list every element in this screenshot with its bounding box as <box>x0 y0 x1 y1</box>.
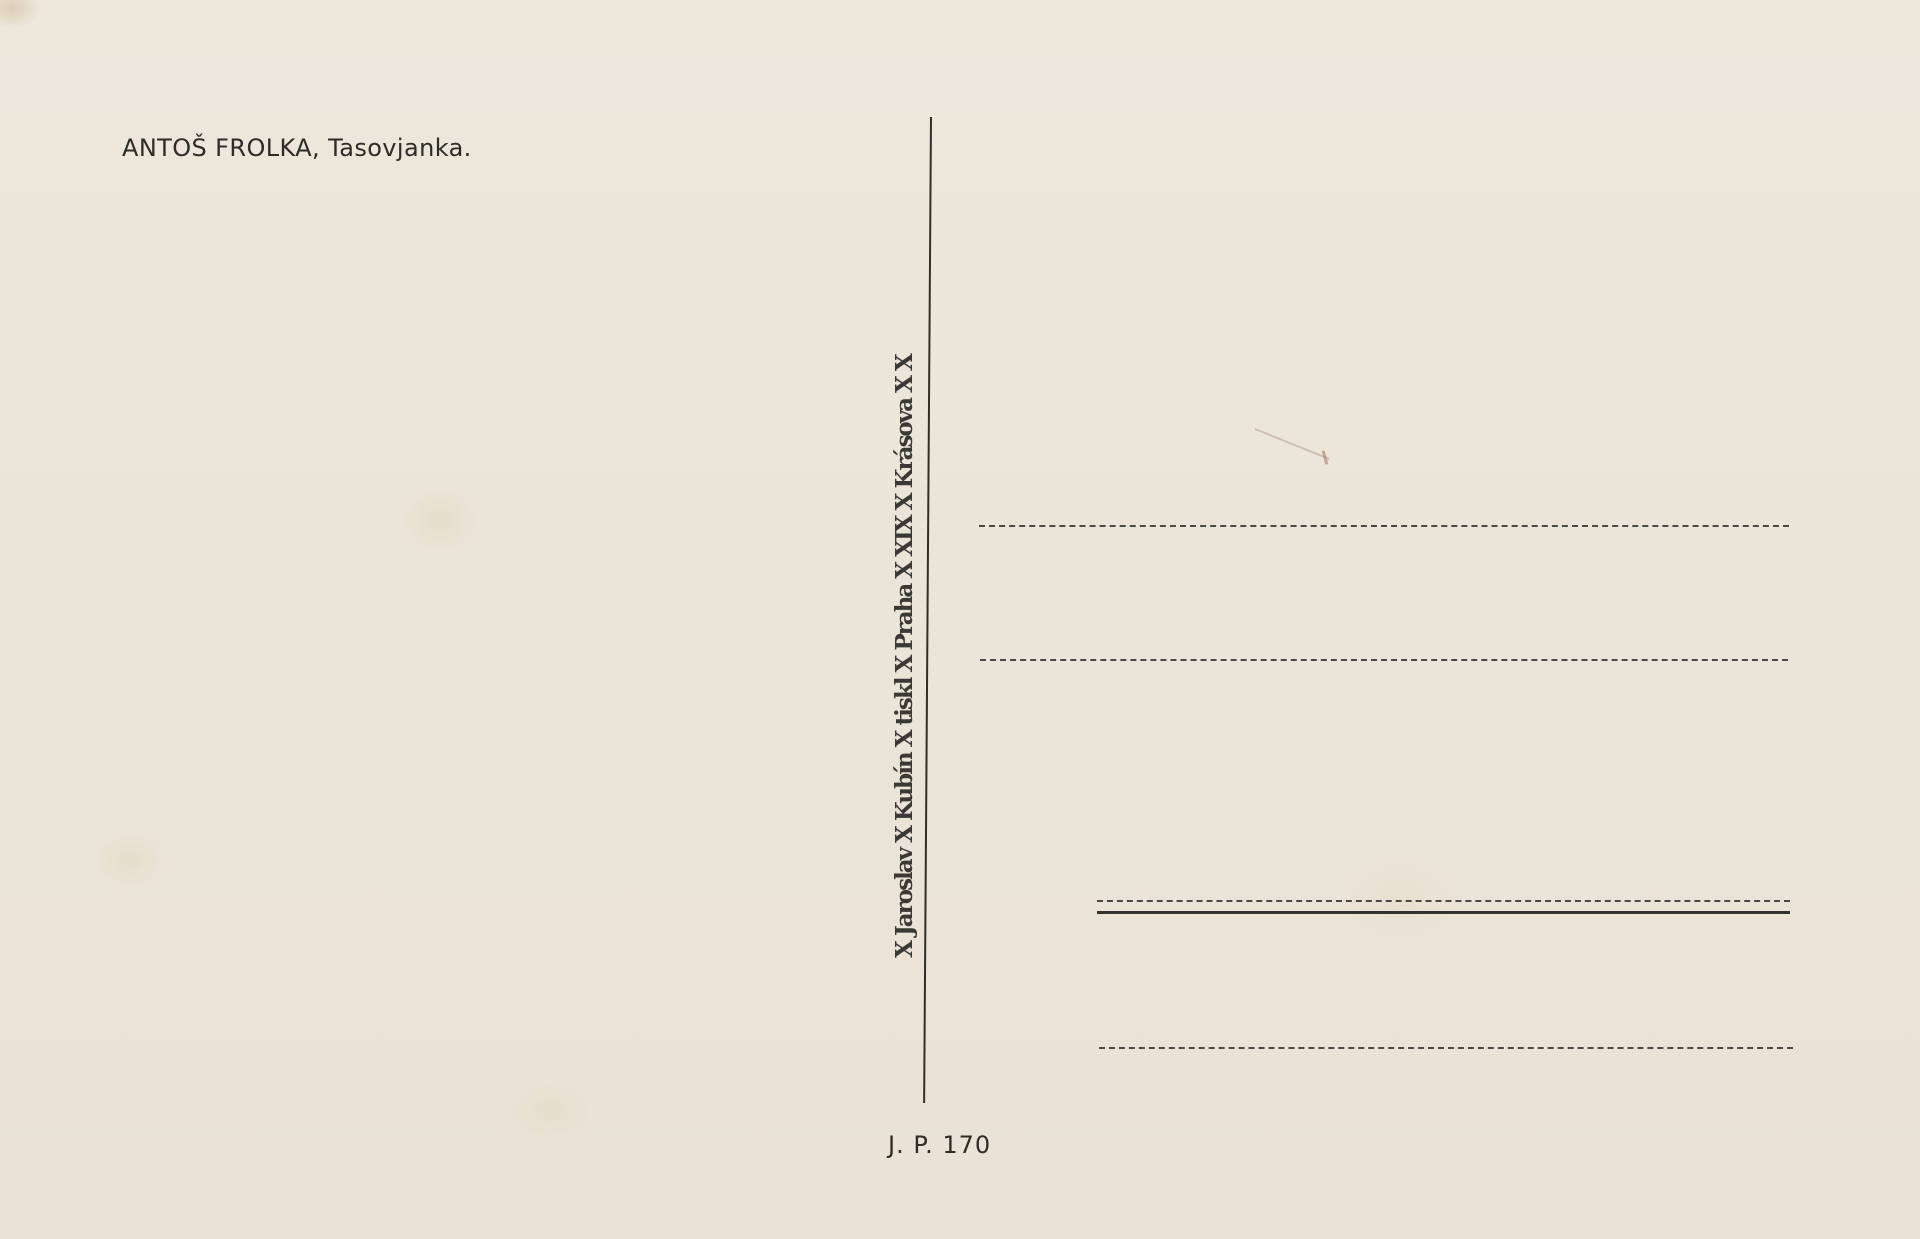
postcard-paper <box>0 0 1920 1239</box>
catalog-code: J. P. 170 <box>888 1131 991 1159</box>
artwork-caption: ANTOŠ FROLKA, Tasovjanka. <box>122 134 472 162</box>
publisher-imprint-text: X Jaroslav X Kubín X tiskl X Praha X XIX… <box>893 258 917 958</box>
publisher-imprint: X Jaroslav X Kubín X tiskl X Praha X XIX… <box>893 258 917 958</box>
address-line-3-underline <box>1097 911 1790 914</box>
address-line-4 <box>1099 1047 1793 1049</box>
address-line-2 <box>980 659 1788 661</box>
address-line-3 <box>1097 900 1790 902</box>
address-line-1 <box>979 525 1789 527</box>
